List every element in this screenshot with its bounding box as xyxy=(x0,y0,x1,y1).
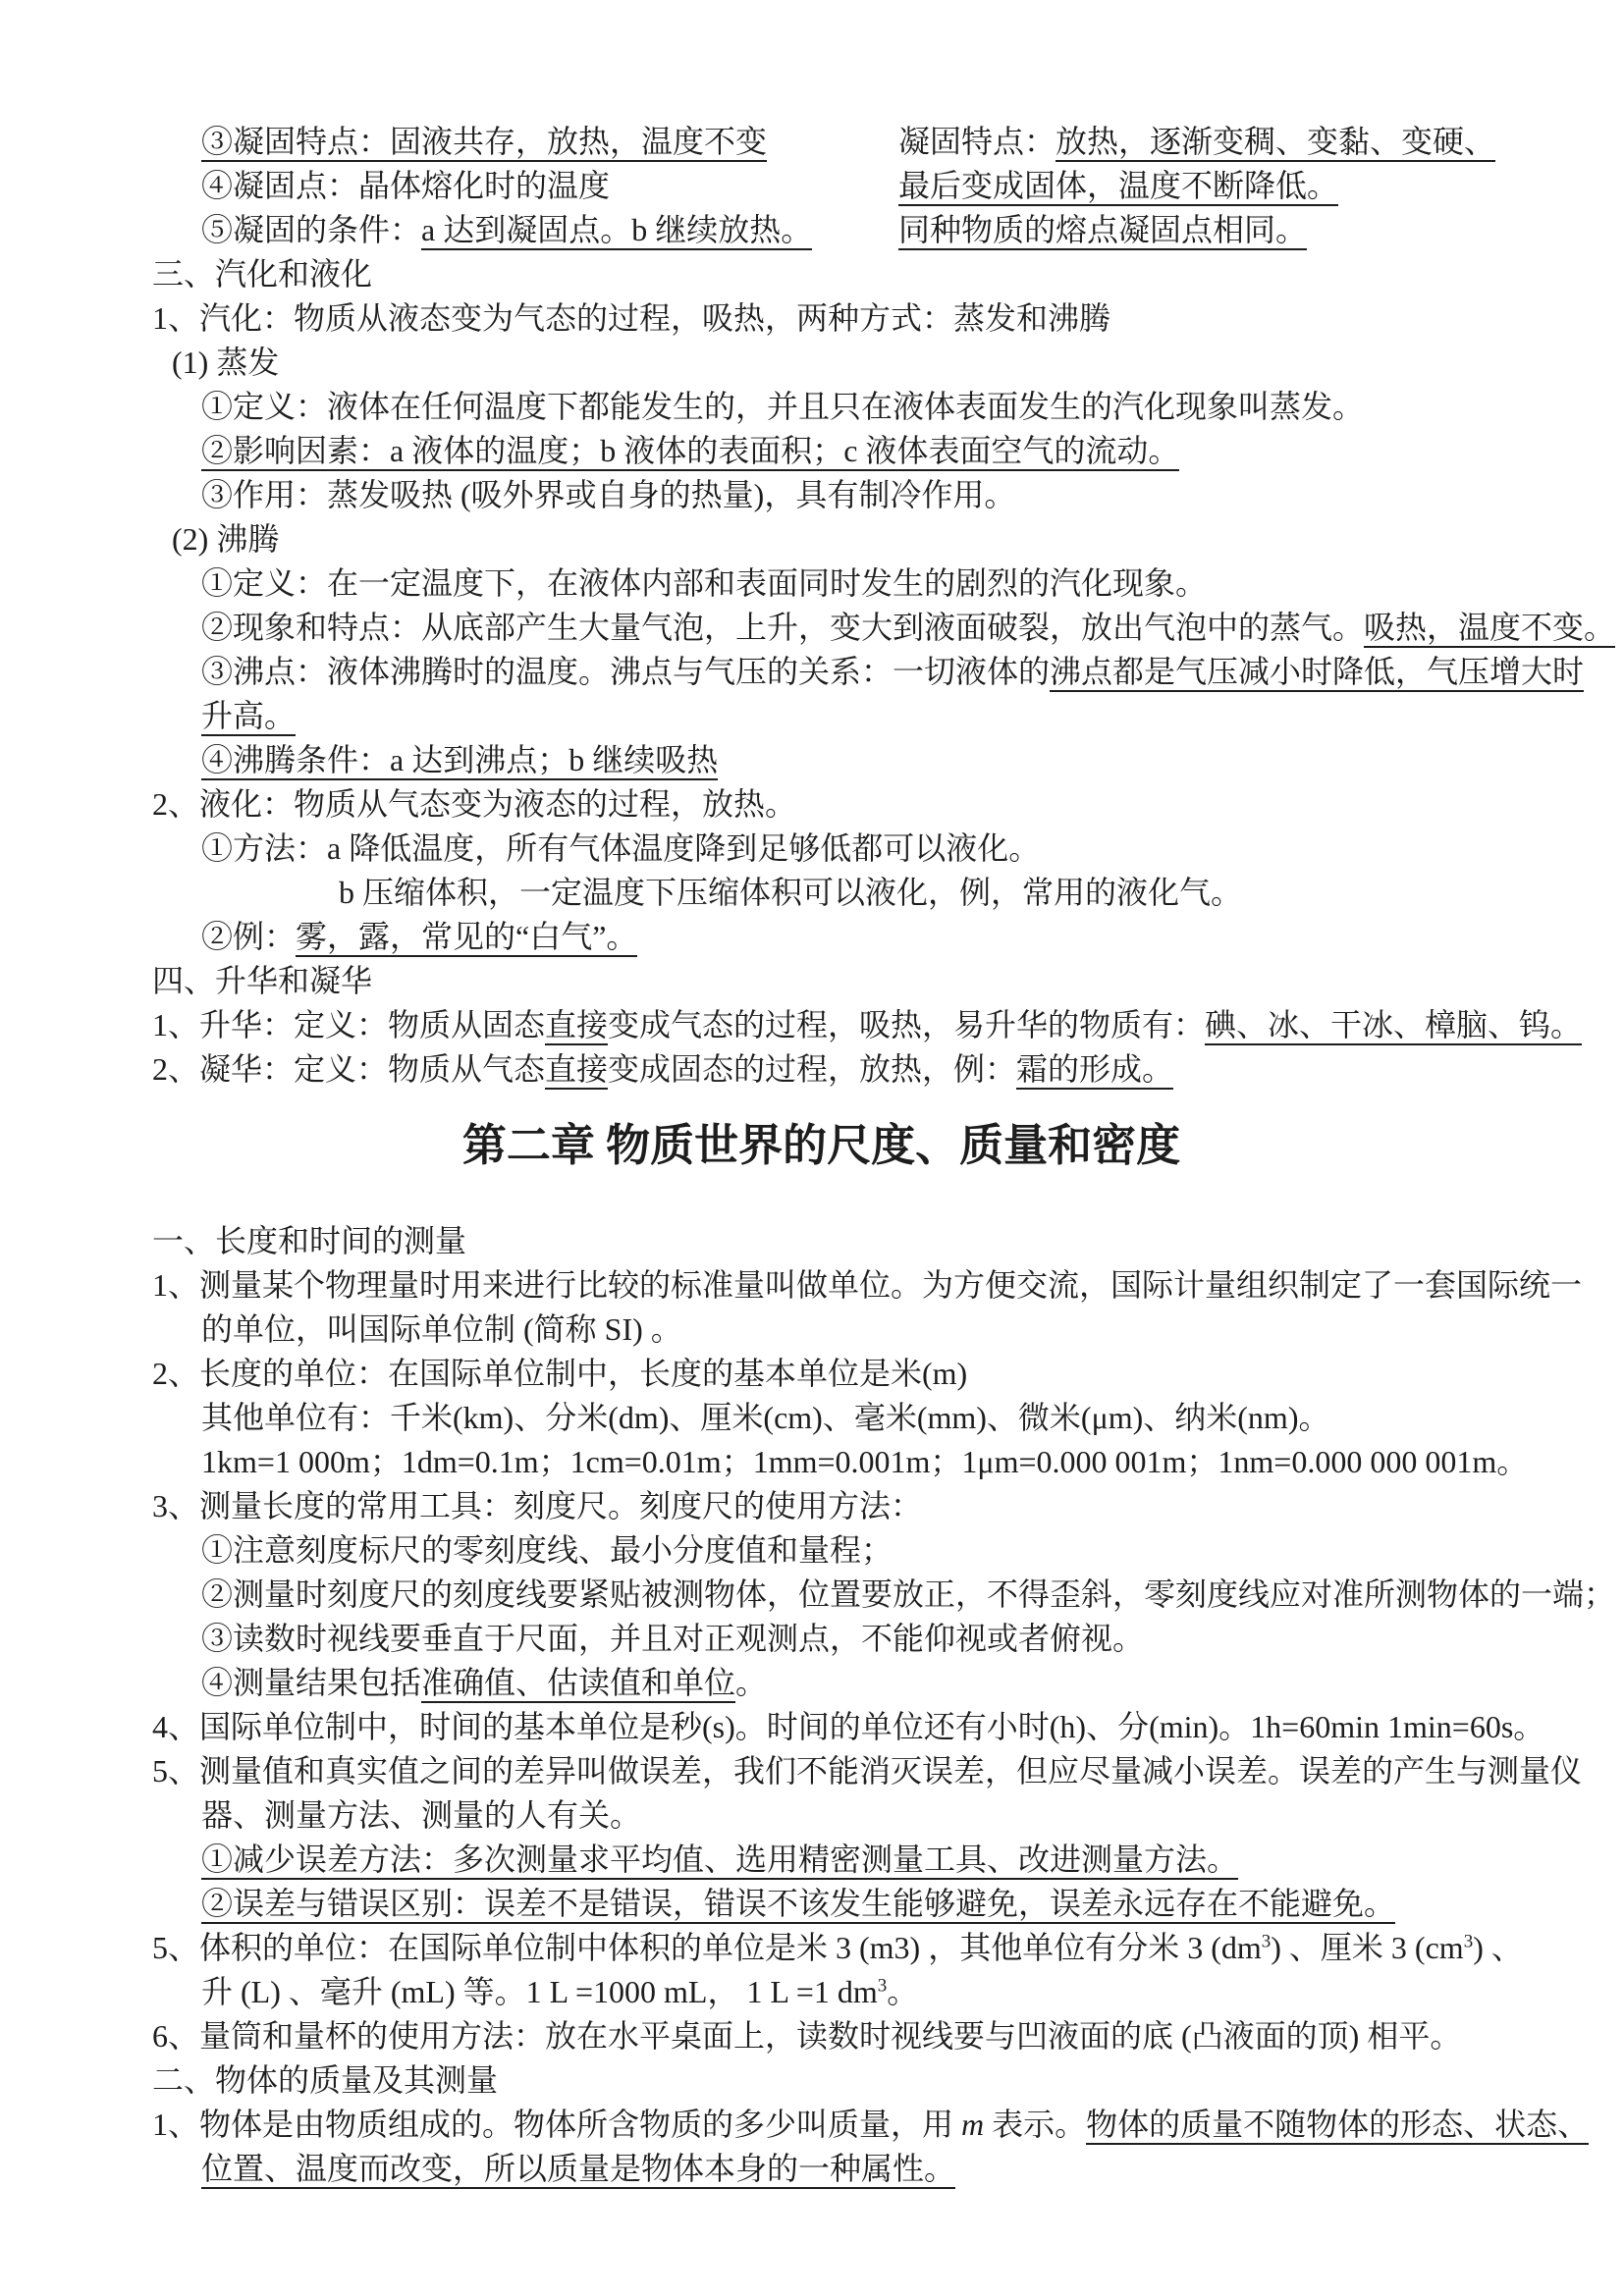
right-column-text: 同种物质的熔点凝固点相同。 xyxy=(898,208,1307,252)
text-segment: 6、量筒和量杯的使用方法：放在水平桌面上，读数时视线要与凹液面的底 (凸液面的顶… xyxy=(152,2018,1461,2054)
text-segment: 。 xyxy=(735,1665,767,1700)
text-segment: 3 xyxy=(1262,1931,1272,1951)
text-line: ①方法：a 降低温度，所有气体温度降到足够低都可以液化。 xyxy=(201,827,1530,871)
text-segment: ③读数时视线要垂直于尺面，并且对正观测点，不能仰视或者俯视。 xyxy=(201,1621,1144,1656)
two-column-row: ④凝固点：晶体熔化时的温度最后变成固体，温度不断降低。 xyxy=(152,164,1530,208)
text-segment: 的单位，叫国际单位制 (简称 SI) 。 xyxy=(201,1311,682,1347)
two-column-row: ⑤凝固的条件：a 达到凝固点。b 继续放热。同种物质的熔点凝固点相同。 xyxy=(152,208,1530,252)
text-line: 的单位，叫国际单位制 (简称 SI) 。 xyxy=(201,1308,1530,1352)
text-segment: ①注意刻度标尺的零刻度线、最小分度值和量程； xyxy=(201,1532,893,1568)
underlined-text: 同种物质的熔点凝固点相同。 xyxy=(898,212,1307,250)
text-line: 6、量筒和量杯的使用方法：放在水平桌面上，读数时视线要与凹液面的底 (凸液面的顶… xyxy=(152,2014,1530,2058)
text-segment: 变成固态的过程，放热，例： xyxy=(608,1051,1016,1087)
text-segment: 三、汽化和液化 xyxy=(152,256,372,292)
underlined-text: 碘、冰、干冰、樟脑、钨。 xyxy=(1205,1007,1582,1045)
text-segment: 3 xyxy=(1464,1931,1474,1951)
text-line: ②现象和特点：从底部产生大量气泡，上升，变大到液面破裂，放出气泡中的蒸气。吸热，… xyxy=(201,606,1530,650)
text-line: 3、测量长度的常用工具：刻度尺。刻度尺的使用方法： xyxy=(152,1484,1530,1528)
text-line: (2) 沸腾 xyxy=(172,517,1530,561)
text-line: 1、物体是由物质组成的。物体所含物质的多少叫质量，用 m 表示。物体的质量不随物… xyxy=(152,2103,1530,2147)
text-segment: 1、物体是由物质组成的。物体所含物质的多少叫质量，用 xyxy=(152,2107,961,2142)
text-segment: 5、体积的单位：在国际单位制中体积的单位是米 3 (m3) ，其他单位有分米 3… xyxy=(152,1930,1262,1965)
text-line: 2、液化：物质从气态变为液态的过程，放热。 xyxy=(152,782,1530,827)
document-content: ③凝固特点：固液共存，放热，温度不变凝固特点：放热，逐渐变稠、变黏、变硬、④凝固… xyxy=(152,120,1530,2191)
text-line: 1km=1 000m；1dm=0.1m；1cm=0.01m；1mm=0.001m… xyxy=(201,1440,1530,1484)
right-column-text: 凝固特点：放热，逐渐变稠、变黏、变硬、 xyxy=(898,120,1495,164)
underlined-text: 直接 xyxy=(545,1007,608,1045)
text-segment: (2) 沸腾 xyxy=(172,521,279,557)
text-line: ②测量时刻度尺的刻度线要紧贴被测物体，位置要放正，不得歪斜，零刻度线应对准所测物… xyxy=(201,1573,1530,1617)
underlined-text: ④沸腾条件：a 达到沸点；b 继续吸热 xyxy=(201,742,718,780)
text-line: ③读数时视线要垂直于尺面，并且对正观测点，不能仰视或者俯视。 xyxy=(201,1617,1530,1661)
text-line: ②影响因素：a 液体的温度；b 液体的表面积；c 液体表面空气的流动。 xyxy=(201,429,1530,473)
text-segment: m xyxy=(961,2107,984,2142)
underlined-text: 升高。 xyxy=(201,698,296,736)
text-segment: ⑤凝固的条件： xyxy=(201,212,421,247)
underlined-text: ①减少误差方法：多次测量求平均值、选用精密测量工具、改进测量方法。 xyxy=(201,1842,1238,1880)
two-column-row: ③凝固特点：固液共存，放热，温度不变凝固特点：放热，逐渐变稠、变黏、变硬、 xyxy=(152,120,1530,164)
text-line: 升高。 xyxy=(201,694,1530,738)
text-line: 升 (L) 、毫升 (mL) 等。1 L =1000 mL， 1 L =1 dm… xyxy=(201,1970,1530,2014)
text-line: 位置、温度而改变，所以质量是物体本身的一种属性。 xyxy=(201,2147,1530,2191)
text-line: ③作用：蒸发吸热 (吸外界或自身的热量)，具有制冷作用。 xyxy=(201,473,1530,517)
text-line: ①定义：在一定温度下，在液体内部和表面同时发生的剧烈的汽化现象。 xyxy=(201,561,1530,606)
text-segment: 其他单位有：千米(km)、分米(dm)、厘米(cm)、毫米(mm)、微米(μm)… xyxy=(201,1400,1329,1435)
text-line: ④沸腾条件：a 达到沸点；b 继续吸热 xyxy=(201,738,1530,782)
text-segment: 4、国际单位制中，时间的基本单位是秒(s)。时间的单位还有小时(h)、分(min… xyxy=(152,1709,1544,1744)
text-segment: 1、测量某个物理量时用来进行比较的标准量叫做单位。为方便交流，国际计量组织制定了… xyxy=(152,1267,1582,1303)
text-line: 器、测量方法、测量的人有关。 xyxy=(201,1793,1530,1838)
text-line: 2、长度的单位：在国际单位制中，长度的基本单位是米(m) xyxy=(152,1352,1530,1396)
text-segment: 3 xyxy=(878,1975,888,1996)
text-line: ②例：雾，露，常见的“白气”。 xyxy=(201,915,1530,959)
text-line: ①减少误差方法：多次测量求平均值、选用精密测量工具、改进测量方法。 xyxy=(201,1838,1530,1882)
text-segment: 器、测量方法、测量的人有关。 xyxy=(201,1797,641,1833)
underlined-text: 物体的质量不随物体的形态、状态、 xyxy=(1086,2107,1589,2145)
underlined-text: 吸热，温度不变。 xyxy=(1364,610,1615,648)
text-segment: ②现象和特点：从底部产生大量气泡，上升，变大到液面破裂，放出气泡中的蒸气。 xyxy=(201,610,1364,645)
text-line: b 压缩体积，一定温度下压缩体积可以液化，例，常用的液化气。 xyxy=(339,871,1530,915)
text-segment: 2、凝华：定义：物质从气态 xyxy=(152,1051,545,1087)
text-segment: ①定义：在一定温度下，在液体内部和表面同时发生的剧烈的汽化现象。 xyxy=(201,565,1207,601)
text-line: ①定义：液体在任何温度下都能发生的，并且只在液体表面发生的汽化现象叫蒸发。 xyxy=(201,385,1530,429)
text-segment: ①定义：液体在任何温度下都能发生的，并且只在液体表面发生的汽化现象叫蒸发。 xyxy=(201,389,1364,424)
text-line: 四、升华和凝华 xyxy=(152,959,1530,1003)
text-segment: ②例： xyxy=(201,919,296,954)
text-segment: 二、物体的质量及其测量 xyxy=(152,2062,498,2098)
right-column-text: 最后变成固体，温度不断降低。 xyxy=(898,164,1338,208)
text-segment: ) 、 xyxy=(1473,1930,1523,1965)
underlined-text: ②影响因素：a 液体的温度；b 液体的表面积；c 液体表面空气的流动。 xyxy=(201,433,1179,471)
chapter-heading: 第二章 物质世界的尺度、质量和密度 xyxy=(152,1117,1490,1174)
underlined-text: ③凝固特点：固液共存，放热，温度不变 xyxy=(201,124,767,162)
text-segment: 升 (L) 、毫升 (mL) 等。1 L =1000 mL， 1 L =1 dm xyxy=(201,1974,878,2009)
text-segment: 1km=1 000m；1dm=0.1m；1cm=0.01m；1mm=0.001m… xyxy=(201,1444,1528,1479)
underlined-text: 准确值、估读值和单位 xyxy=(421,1665,735,1703)
underlined-text: 霜的形成。 xyxy=(1016,1051,1173,1090)
text-segment: 5、测量值和真实值之间的差异叫做误差，我们不能消灭误差，但应尽量减小误差。误差的… xyxy=(152,1753,1582,1789)
text-line: ③沸点：液体沸腾时的温度。沸点与气压的关系：一切液体的沸点都是气压减小时降低，气… xyxy=(201,650,1530,694)
text-segment: 一、长度和时间的测量 xyxy=(152,1223,466,1258)
text-line: 5、体积的单位：在国际单位制中体积的单位是米 3 (m3) ，其他单位有分米 3… xyxy=(152,1926,1530,1970)
text-segment: ) 、厘米 3 (cm xyxy=(1271,1930,1463,1965)
text-line: 4、国际单位制中，时间的基本单位是秒(s)。时间的单位还有小时(h)、分(min… xyxy=(152,1705,1530,1749)
text-segment: (1) 蒸发 xyxy=(172,345,279,380)
underlined-text: 最后变成固体，温度不断降低。 xyxy=(898,168,1338,206)
text-segment: b 压缩体积，一定温度下压缩体积可以液化，例，常用的液化气。 xyxy=(339,875,1242,910)
underlined-text: ②误差与错误区别：误差不是错误，错误不该发生能够避免，误差永远存在不能避免。 xyxy=(201,1886,1395,1924)
underlined-text: 放热，逐渐变稠、变黏、变硬、 xyxy=(1056,124,1495,162)
document-page: ③凝固特点：固液共存，放热，温度不变凝固特点：放热，逐渐变稠、变黏、变硬、④凝固… xyxy=(0,0,1624,2191)
text-line: ②误差与错误区别：误差不是错误，错误不该发生能够避免，误差永远存在不能避免。 xyxy=(201,1882,1530,1926)
text-segment: 凝固特点： xyxy=(898,124,1056,159)
text-segment: 1、汽化：物质从液态变为气态的过程，吸热，两种方式：蒸发和沸腾 xyxy=(152,300,1110,336)
text-segment: 3、测量长度的常用工具：刻度尺。刻度尺的使用方法： xyxy=(152,1488,922,1523)
underlined-text: 直接 xyxy=(545,1051,608,1090)
left-column-text: ⑤凝固的条件：a 达到凝固点。b 继续放热。 xyxy=(201,208,1530,252)
text-line: 2、凝华：定义：物质从气态直接变成固态的过程，放热，例：霜的形成。 xyxy=(152,1047,1530,1092)
underlined-text: 位置、温度而改变，所以质量是物体本身的一种属性。 xyxy=(201,2151,955,2189)
text-line: 二、物体的质量及其测量 xyxy=(152,2058,1530,2103)
underlined-text: 雾，露，常见的“白气”。 xyxy=(296,919,637,957)
text-line: 一、长度和时间的测量 xyxy=(152,1219,1530,1263)
text-segment: 2、长度的单位：在国际单位制中，长度的基本单位是米(m) xyxy=(152,1356,967,1391)
text-segment: ④测量结果包括 xyxy=(201,1665,421,1700)
text-segment: 表示。 xyxy=(984,2107,1086,2142)
text-segment: 1、升华：定义：物质从固态 xyxy=(152,1007,545,1042)
text-line: 1、汽化：物质从液态变为气态的过程，吸热，两种方式：蒸发和沸腾 xyxy=(152,296,1530,341)
text-line: 三、汽化和液化 xyxy=(152,252,1530,296)
text-line: ①注意刻度标尺的零刻度线、最小分度值和量程； xyxy=(201,1528,1530,1573)
text-line: ④测量结果包括准确值、估读值和单位。 xyxy=(201,1661,1530,1705)
text-line: (1) 蒸发 xyxy=(172,341,1530,385)
text-segment: ③沸点：液体沸腾时的温度。沸点与气压的关系：一切液体的 xyxy=(201,654,1050,689)
text-segment: ④凝固点：晶体熔化时的温度 xyxy=(201,168,610,203)
underlined-text: 沸点都是气压减小时降低，气压增大时 xyxy=(1050,654,1584,692)
text-segment: 四、升华和凝华 xyxy=(152,963,372,998)
text-line: 5、测量值和真实值之间的差异叫做误差，我们不能消灭误差，但应尽量减小误差。误差的… xyxy=(152,1749,1530,1793)
text-segment: 2、液化：物质从气态变为液态的过程，放热。 xyxy=(152,786,796,822)
text-line: 其他单位有：千米(km)、分米(dm)、厘米(cm)、毫米(mm)、微米(μm)… xyxy=(201,1396,1530,1440)
text-segment: 变成气态的过程，吸热，易升华的物质有： xyxy=(608,1007,1205,1042)
text-line: 1、升华：定义：物质从固态直接变成气态的过程，吸热，易升华的物质有：碘、冰、干冰… xyxy=(152,1003,1530,1047)
text-segment: 。 xyxy=(887,1974,918,2009)
text-line: 1、测量某个物理量时用来进行比较的标准量叫做单位。为方便交流，国际计量组织制定了… xyxy=(152,1263,1530,1308)
text-segment: ②测量时刻度尺的刻度线要紧贴被测物体，位置要放正，不得歪斜，零刻度线应对准所测物… xyxy=(201,1576,1615,1612)
underlined-text: a 达到凝固点。b 继续放热。 xyxy=(421,212,812,250)
text-segment: ①方法：a 降低温度，所有气体温度降到足够低都可以液化。 xyxy=(201,830,1040,866)
text-segment: ③作用：蒸发吸热 (吸外界或自身的热量)，具有制冷作用。 xyxy=(201,477,1015,512)
